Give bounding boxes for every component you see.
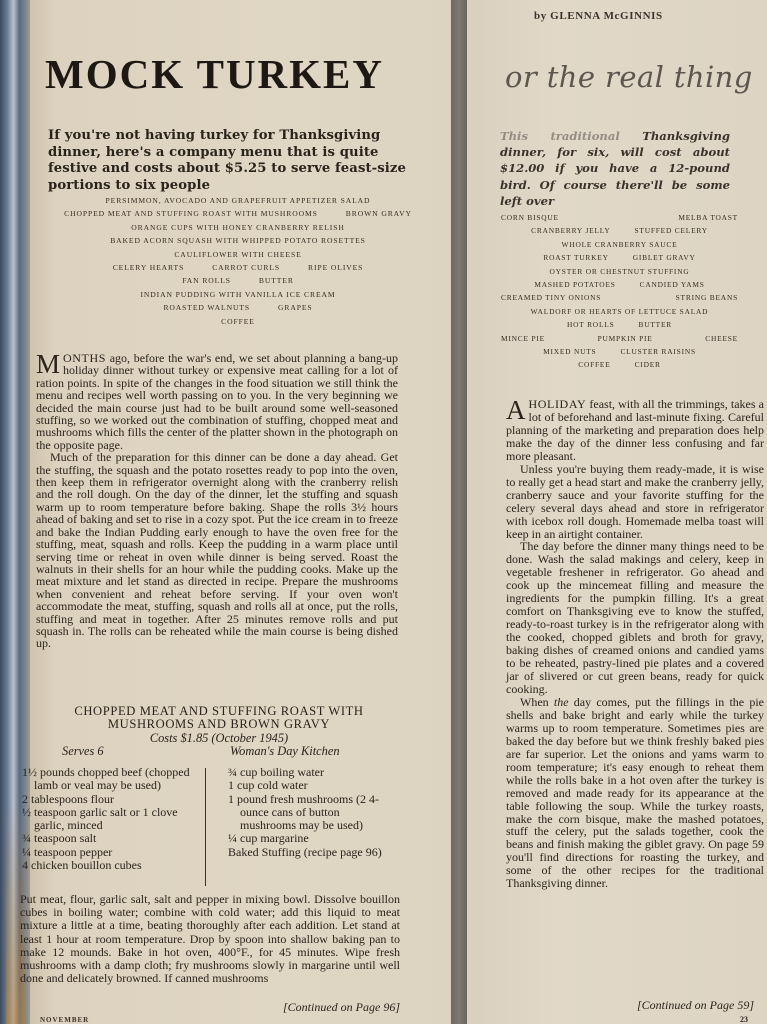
menu-row: OYSTER OR CHESTNUT STUFFING: [497, 265, 742, 278]
menu-row: CORN BISQUEMELBA TOAST: [497, 211, 742, 224]
intro-text: MONTHS ago, before the war's end, we set…: [36, 352, 398, 650]
menu-row: ROAST TURKEYGIBLET GRAVY: [497, 251, 742, 264]
menu-item: CLUSTER RAISINS: [620, 345, 695, 358]
menu-row: ROASTED WALNUTSGRAPES: [38, 301, 438, 314]
footer-month: NOVEMBER: [40, 1016, 89, 1024]
menu-item: BUTTER: [638, 318, 672, 331]
menu-row: CRANBERRY JELLYSTUFFED CELERY: [497, 224, 742, 237]
ingredient: 1 cup cold water: [228, 779, 396, 792]
menu-row: PERSIMMON, AVOCADO AND GRAPEFRUIT APPETI…: [38, 194, 438, 207]
menu-item: WALDORF OR HEARTS OF LETTUCE SALAD: [531, 305, 709, 318]
ingredient: 2 tablespoons flour: [22, 793, 192, 806]
menu-item: WHOLE CRANBERRY SAUCE: [562, 238, 678, 251]
menu-item: STRING BEANS: [676, 291, 738, 304]
menu-item: ROAST TURKEY: [543, 251, 608, 264]
recipe-title: CHOPPED MEAT AND STUFFING ROAST WITH MUS…: [38, 705, 400, 731]
right-deck: This traditional Thanksgiving dinner, fo…: [500, 128, 730, 209]
menu-item: MINCE PIE: [501, 332, 545, 345]
menu-item: CREAMED TINY ONIONS: [501, 291, 601, 304]
menu-item: CANDIED YAMS: [640, 278, 705, 291]
menu-item: INDIAN PUDDING WITH VANILLA ICE CREAM: [140, 288, 335, 301]
ingredients-left-column: 1½ pounds chopped beef (chopped lamb or …: [22, 766, 192, 872]
menu-item: MELBA TOAST: [678, 211, 738, 224]
recipe-serves: Serves 6: [62, 744, 104, 759]
menu-row: CAULIFLOWER WITH CHEESE: [38, 248, 438, 261]
menu-item: BAKED ACORN SQUASH WITH WHIPPED POTATO R…: [110, 234, 366, 247]
menu-row: MINCE PIEPUMPKIN PIECHEESE: [497, 332, 742, 345]
menu-row: MIXED NUTSCLUSTER RAISINS: [497, 345, 742, 358]
ingredient: 1 pound fresh mushrooms (2 4-ounce cans …: [228, 793, 396, 833]
menu-item: CAULIFLOWER WITH CHEESE: [174, 248, 301, 261]
ingredient: ¼ teaspoon pepper: [22, 846, 192, 859]
menu-row: HOT ROLLSBUTTER: [497, 318, 742, 331]
menu-item: CRANBERRY JELLY: [531, 224, 610, 237]
intro-paragraph-2: Much of the preparation for this dinner …: [36, 451, 398, 650]
menu-item: COFFEE: [221, 315, 255, 328]
page-number: 23: [740, 1015, 748, 1024]
menu-item: CARROT CURLS: [212, 261, 280, 274]
menu-item: PUMPKIN PIE: [598, 332, 653, 345]
menu-row: ORANGE CUPS WITH HONEY CRANBERRY RELISH: [38, 221, 438, 234]
ingredient: 4 chicken bouillon cubes: [22, 859, 192, 872]
menu-item: CHEESE: [705, 332, 738, 345]
ingredients-right-column: ¾ cup boiling water1 cup cold water1 pou…: [228, 766, 396, 859]
menu-item: RIPE OLIVES: [308, 261, 363, 274]
right-paragraph-4: When the day comes, put the fillings in …: [506, 696, 764, 890]
mock-turkey-menu: PERSIMMON, AVOCADO AND GRAPEFRUIT APPETI…: [38, 194, 438, 328]
menu-item: CORN BISQUE: [501, 211, 559, 224]
menu-row: CHOPPED MEAT AND STUFFING ROAST WITH MUS…: [38, 207, 438, 220]
article-deck: If you're not having turkey for Thanksgi…: [48, 128, 408, 194]
ingredient: ¾ cup boiling water: [228, 766, 396, 779]
menu-row: FAN ROLLSBUTTER: [38, 274, 438, 287]
menu-item: CIDER: [635, 358, 661, 371]
drop-cap: A: [506, 399, 526, 421]
drop-cap: M: [36, 353, 60, 375]
recipe-directions: Put meat, flour, garlic salt, salt and p…: [20, 893, 400, 985]
ingredients-divider: [205, 768, 206, 886]
menu-row: INDIAN PUDDING WITH VANILLA ICE CREAM: [38, 288, 438, 301]
menu-item: COFFEE: [578, 358, 610, 371]
menu-row: CREAMED TINY ONIONSSTRING BEANS: [497, 291, 742, 304]
ingredient: 1½ pounds chopped beef (chopped lamb or …: [22, 766, 192, 793]
menu-item: STUFFED CELERY: [634, 224, 707, 237]
menu-row: BAKED ACORN SQUASH WITH WHIPPED POTATO R…: [38, 234, 438, 247]
menu-row: CELERY HEARTSCARROT CURLSRIPE OLIVES: [38, 261, 438, 274]
menu-item: OYSTER OR CHESTNUT STUFFING: [550, 265, 690, 278]
menu-item: GIBLET GRAVY: [633, 251, 696, 264]
byline: by GLENNA McGINNIS: [534, 10, 663, 22]
menu-row: WHOLE CRANBERRY SAUCE: [497, 238, 742, 251]
menu-item: MASHED POTATOES: [534, 278, 615, 291]
menu-row: WALDORF OR HEARTS OF LETTUCE SALAD: [497, 305, 742, 318]
menu-row: MASHED POTATOESCANDIED YAMS: [497, 278, 742, 291]
menu-item: PERSIMMON, AVOCADO AND GRAPEFRUIT APPETI…: [106, 194, 371, 207]
menu-item: HOT ROLLS: [567, 318, 615, 331]
right-paragraph-1: AHOLIDAY feast, with all the trimmings, …: [506, 398, 764, 463]
right-paragraph-3: The day before the dinner many things ne…: [506, 540, 764, 695]
ingredient: ½ teaspoon garlic salt or 1 clove garlic…: [22, 806, 192, 833]
intro-paragraph-1: MONTHS ago, before the war's end, we set…: [36, 352, 398, 451]
page-gutter: [451, 0, 467, 1024]
right-body-text: AHOLIDAY feast, with all the trimmings, …: [506, 398, 764, 890]
menu-item: FAN ROLLS: [182, 274, 231, 287]
continued-link-left: [Continued on Page 96]: [20, 1000, 400, 1015]
recipe-source: Woman's Day Kitchen: [230, 744, 340, 759]
menu-item: BROWN GRAVY: [346, 207, 412, 220]
real-turkey-menu: CORN BISQUEMELBA TOASTCRANBERRY JELLYSTU…: [497, 211, 742, 372]
article-subtitle: or the real thing: [505, 60, 753, 94]
continued-link-right: [Continued on Page 59]: [506, 998, 754, 1013]
right-paragraph-2: Unless you're buying them ready-made, it…: [506, 463, 764, 541]
menu-row: COFFEE: [38, 315, 438, 328]
ingredient: ¼ cup margarine: [228, 832, 396, 845]
article-title: MOCK TURKEY: [45, 50, 445, 98]
menu-item: GRAPES: [278, 301, 313, 314]
ingredient: ¾ teaspoon salt: [22, 832, 192, 845]
ingredient: Baked Stuffing (recipe page 96): [228, 846, 396, 859]
menu-item: ROASTED WALNUTS: [163, 301, 250, 314]
menu-item: BUTTER: [259, 274, 294, 287]
menu-row: COFFEECIDER: [497, 358, 742, 371]
menu-item: MIXED NUTS: [543, 345, 596, 358]
menu-item: CHOPPED MEAT AND STUFFING ROAST WITH MUS…: [64, 207, 318, 220]
menu-item: ORANGE CUPS WITH HONEY CRANBERRY RELISH: [131, 221, 345, 234]
menu-item: CELERY HEARTS: [113, 261, 185, 274]
